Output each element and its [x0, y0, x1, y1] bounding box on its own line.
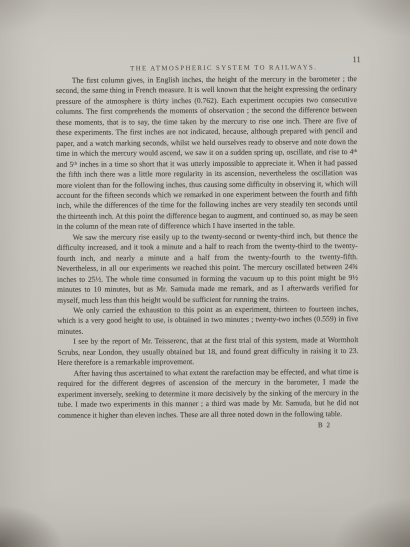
paragraph: We only carried the exhaustion to this p…: [57, 304, 358, 337]
paragraph: The first column gives, in English inche…: [56, 74, 358, 233]
running-head: THE ATMOSPHERIC SYSTEM TO RAILWAYS.: [56, 56, 356, 76]
printer-signature-mark: B 2: [58, 420, 359, 432]
page-number: 11: [352, 54, 360, 64]
body-text: The first column gives, in English inche…: [56, 74, 359, 432]
book-page-photo: THE ATMOSPHERIC SYSTEM TO RAILWAYS. 11 T…: [0, 0, 410, 547]
paragraph: We saw the mercury rise easily up to the…: [57, 231, 358, 306]
paragraph: After having thus ascertained to what ex…: [58, 367, 359, 421]
running-title: THE ATMOSPHERIC SYSTEM TO RAILWAYS.: [130, 64, 317, 72]
paragraph: I see by the report of Mr. Teisserenc, t…: [57, 335, 358, 368]
page: THE ATMOSPHERIC SYSTEM TO RAILWAYS. 11 T…: [0, 0, 410, 547]
